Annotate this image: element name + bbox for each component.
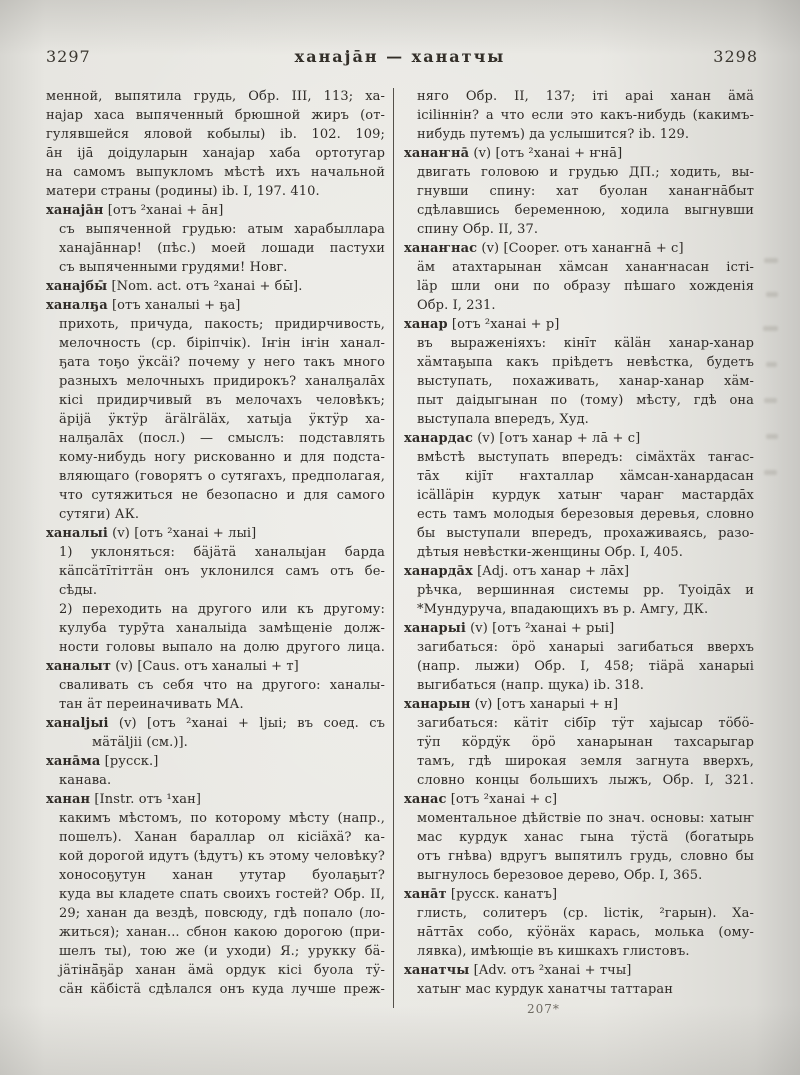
bleedthrough-mark bbox=[764, 470, 777, 475]
entry-headword-line: ханаjа̄н [отъ ²ханаi + а̄н] bbox=[46, 201, 385, 220]
text-line: менной, выпятила грудь, Обр. III, 113; х… bbox=[46, 87, 385, 106]
headword: ханар bbox=[404, 317, 448, 332]
text-line: куда вы кладете спать своихъ гостей? Обр… bbox=[46, 885, 385, 904]
entry-headword-line: ханарын (v) [отъ ханарыi + н] bbox=[404, 695, 754, 714]
entry-headword-line: ханар [отъ ²ханаi + р] bbox=[404, 315, 754, 334]
bleedthrough-mark bbox=[763, 326, 778, 331]
text-line: сѣды. bbox=[46, 581, 385, 600]
entry-headword-line: ханаҥнас (v) [Cooper. отъ ханаҥна̄ + с] bbox=[404, 239, 754, 258]
text-line: сутяги) АК. bbox=[46, 505, 385, 524]
text-line: ҕата тоҕо ӱксӓi? почему у него такъ мног… bbox=[46, 353, 385, 372]
text-line: (напр. лыжи) Обр. I, 458; тіӓрӓ ханарыi bbox=[404, 657, 754, 676]
text-line: моментальное дѣйствіе по знач. основы: х… bbox=[404, 809, 754, 828]
entry-headword-line: ханан [Instr. отъ ¹хан] bbox=[46, 790, 385, 809]
text-line: сдѣлавшись беременною, ходила выгнувши bbox=[404, 201, 754, 220]
headword: ханан bbox=[46, 792, 90, 807]
text-line: гулявшейся яловой кобылы) ib. 102. 109; bbox=[46, 125, 385, 144]
text-line: ӓріjӓ ӱктӱр ӓгӓlгӓlӓх, хатыjа ӱктӱр ха- bbox=[46, 410, 385, 429]
headword: ханардас bbox=[404, 431, 473, 446]
text-line: загибаться: кӓтіт сібі̄р тӱт хаjысар тӧб… bbox=[404, 714, 754, 733]
text-line: мас курдук ханас гына тӱстӓ (богатырь bbox=[404, 828, 754, 847]
scanned-dictionary-page: { "header": { "left_page_number": "3297"… bbox=[0, 0, 800, 1075]
text-line: сӓн кӓбістӓ сдѣлался онъ куда лучше преж… bbox=[46, 980, 385, 999]
text-line: вляющаго (говорятъ о сутягахъ, предполаг… bbox=[46, 467, 385, 486]
entry-headword-line: хана̄ма [русск.] bbox=[46, 752, 385, 771]
text-line: кой дорогой идутъ (ѣдутъ) къ этому челов… bbox=[46, 847, 385, 866]
entry-headword-line: ханаҥна̄ (v) [отъ ²ханаi + ҥна̄] bbox=[404, 144, 754, 163]
text-line: двигать головою и грудью ДП.; ходить, вы… bbox=[404, 163, 754, 182]
text-line: ӓм атахтарынан хӓмсан ханаҥнасан істі- bbox=[404, 258, 754, 277]
text-line: хатыҥ мас курдук ханатчы таттаран bbox=[404, 980, 754, 999]
text-line: съ выпяченной грудью: атым харабыллара bbox=[46, 220, 385, 239]
headword: ханаҥнас bbox=[404, 241, 477, 256]
headword: ханаjбы̄ bbox=[46, 279, 107, 294]
text-line: ісіlіннін? а что если это какъ-нибудь (к… bbox=[404, 106, 754, 125]
text-line: хӓмтаҕыпа какъ пріѣдетъ невѣстка, будетъ bbox=[404, 353, 754, 372]
right-column: няго Обр. II, 137; iтi apai ханан ӓмӓісі… bbox=[404, 87, 754, 999]
text-line: словно концы большихъ лыжъ, Обр. I, 321. bbox=[404, 771, 754, 790]
text-line: матери страны (родины) ib. I, 197. 410. bbox=[46, 182, 385, 201]
text-line: наjар хаса выпяченный брюшной жиръ (от- bbox=[46, 106, 385, 125]
headword: ханарын bbox=[404, 697, 470, 712]
text-line: глисть, солитеръ (ср. lістік, ²гарын). Х… bbox=[404, 904, 754, 923]
text-line: ности головы выпало на долю другого лица… bbox=[46, 638, 385, 657]
headword: ханалыт bbox=[46, 659, 111, 674]
text-line: 29; ханан да вездѣ, повсюду, гдѣ попало … bbox=[46, 904, 385, 923]
text-line: шелъ ты), тою же (и уходи) Я.; урукку бӓ… bbox=[46, 942, 385, 961]
bleedthrough-mark bbox=[766, 362, 777, 367]
text-line: ханаjа̄ннар! (пѣс.) моей лошади пастухи bbox=[46, 239, 385, 258]
text-line: отъ гнѣва) вдругъ выпятилъ грудь, словно… bbox=[404, 847, 754, 866]
text-line: прихоть, причуда, пакость; придирчивость… bbox=[46, 315, 385, 334]
text-line: дѣтыя невѣстки-женщины Обр. I, 405. bbox=[404, 543, 754, 562]
entry-headword-line: ханарда̄х [Adj. отъ ханар + ла̄х] bbox=[404, 562, 754, 581]
text-line: выгибаться (напр. щука) ib. 318. bbox=[404, 676, 754, 695]
text-line: та̄х кіjі̄т ҥахталлар хӓмсан-ханардасан bbox=[404, 467, 754, 486]
text-line: кулуба турӯта ханалыiда замѣщеніе долж- bbox=[46, 619, 385, 638]
text-line: выгнулось березовое дерево, Обр. I, 365. bbox=[404, 866, 754, 885]
text-line: канава. bbox=[46, 771, 385, 790]
text-line: пошелъ). Ханан бараллар ол кісіӓхӓ? ка- bbox=[46, 828, 385, 847]
text-line: вмѣстѣ выступать впередъ: сімӓхтӓх таҥас… bbox=[404, 448, 754, 467]
entry-headword-line: ханатчы [Adv. отъ ²ханаi + тчы] bbox=[404, 961, 754, 980]
column-divider bbox=[393, 88, 394, 1008]
headword: ханаjа̄н bbox=[46, 203, 103, 218]
running-head: ханаjа̄н — ханатчы bbox=[0, 47, 800, 66]
headword: ханас bbox=[404, 792, 447, 807]
footer-signature: 207* bbox=[527, 1002, 560, 1016]
headword: ханаҥна̄ bbox=[404, 146, 469, 161]
bleedthrough-mark bbox=[766, 434, 778, 439]
headword: ханаljыi bbox=[46, 716, 109, 731]
entry-headword-line: хана̄т [русск. канатъ] bbox=[404, 885, 754, 904]
text-line: какимъ мѣстомъ, по которому мѣсту (напр.… bbox=[46, 809, 385, 828]
text-line: 1) уклоняться: бӓjӓтӓ ханалыjан барда bbox=[46, 543, 385, 562]
bleedthrough-mark bbox=[766, 292, 778, 297]
text-line: выступала впередъ, Худ. bbox=[404, 410, 754, 429]
text-line: на самомъ выпукломъ мѣстѣ ихъ начальной bbox=[46, 163, 385, 182]
text-line: налҕала̄х (посл.) — смыслъ: подставлять bbox=[46, 429, 385, 448]
entry-headword-line: ханардас (v) [отъ ханар + ла̄ + с] bbox=[404, 429, 754, 448]
text-line: кӓпсӓті̄тіттӓн онъ уклонился самъ отъ бе… bbox=[46, 562, 385, 581]
entry-headword-line: ханаljыi (v) [отъ ²ханаi + ljыi; въ соед… bbox=[46, 714, 385, 733]
headword: ханатчы bbox=[404, 963, 469, 978]
entry-headword-line: ханарыi (v) [отъ ²ханаi + рыi] bbox=[404, 619, 754, 638]
text-line: кісі придирчивый въ мелочахъ человѣкъ; bbox=[46, 391, 385, 410]
bleedthrough-mark bbox=[764, 398, 777, 403]
entry-headword-line: ханалҕа [отъ ханалыi + ҕа] bbox=[46, 296, 385, 315]
text-line: выступать, похаживать, ханар-ханар хӓм- bbox=[404, 372, 754, 391]
text-line: lӓр шли они по образу пѣшаго хожденія bbox=[404, 277, 754, 296]
text-line: 2) переходить на другого или къ другому: bbox=[46, 600, 385, 619]
text-line: кому-нибудь ногу рискованно и для подста… bbox=[46, 448, 385, 467]
text-line: мелочность (ср. біріпчік). Іҥін іҥін хан… bbox=[46, 334, 385, 353]
text-line: на̄тта̄х собо, кӱӧнӓх карась, молька (ом… bbox=[404, 923, 754, 942]
headword: хана̄ма bbox=[46, 754, 100, 769]
text-line: тамъ, гдѣ широкая земля загнута вверхъ, bbox=[404, 752, 754, 771]
headword: ханарыi bbox=[404, 621, 466, 636]
text-line: рѣчка, вершинная системы рр. Туоіда̄х и bbox=[404, 581, 754, 600]
entry-headword-line: ханалыi (v) [отъ ²ханаi + лыi] bbox=[46, 524, 385, 543]
entry-headword-line: ханас [отъ ²ханаi + с] bbox=[404, 790, 754, 809]
headword: ханалҕа bbox=[46, 298, 108, 313]
left-column: менной, выпятила грудь, Обр. III, 113; х… bbox=[46, 87, 385, 999]
text-line: лявка), имѣющіе въ кишкахъ глистовъ. bbox=[404, 942, 754, 961]
text-line: бы выступали впередъ, прохаживаясь, разо… bbox=[404, 524, 754, 543]
text-line: пыт даідыгынан по (тому) мѣсту, гдѣ она bbox=[404, 391, 754, 410]
text-line: нибудь путемъ) да услышится? ib. 129. bbox=[404, 125, 754, 144]
text-line: мӓтӓljii (см.)]. bbox=[46, 733, 385, 752]
text-line: гнувши спину: хат буолан ханаҥна̄быт bbox=[404, 182, 754, 201]
text-line: Обр. I, 231. bbox=[404, 296, 754, 315]
page-number-right: 3298 bbox=[698, 47, 758, 66]
text-line: есть тамъ молодыя березовыя деревья, сло… bbox=[404, 505, 754, 524]
text-line: jӓтінӓ̄ҕӓр ханан ӓмӓ ордук кісі буола тӱ… bbox=[46, 961, 385, 980]
text-line: что сутяжиться не безопасно и для самого bbox=[46, 486, 385, 505]
text-line: тан ӓт переиначивать МА. bbox=[46, 695, 385, 714]
text-line: спину Обр. II, 37. bbox=[404, 220, 754, 239]
text-line: сваливать съ себя что на другого: ханалы… bbox=[46, 676, 385, 695]
headword: ханалыi bbox=[46, 526, 108, 541]
text-line: хоносоҕутун ханан утутар буолаҕыт? bbox=[46, 866, 385, 885]
headword: хана̄т bbox=[404, 887, 447, 902]
headword: ханарда̄х bbox=[404, 564, 473, 579]
text-line: въ выраженіяхъ: кіні̄т кӓlӓн ханар-ханар bbox=[404, 334, 754, 353]
entry-headword-line: ханаjбы̄ [Nom. act. отъ ²ханаi + бы̄]. bbox=[46, 277, 385, 296]
text-line: а̄н іjа̄ доідуларын ханаjар хаба ортотуг… bbox=[46, 144, 385, 163]
text-line: съ выпяченными грудями! Новг. bbox=[46, 258, 385, 277]
entry-headword-line: ханалыт (v) [Caus. отъ ханалыi + т] bbox=[46, 657, 385, 676]
text-line: *Мундуруча, впадающихъ въ р. Амгу, ДК. bbox=[404, 600, 754, 619]
text-line: загибаться: ӧрӧ ханарыi загибаться вверх… bbox=[404, 638, 754, 657]
text-line: ісӓllӓрін курдук хатыҥ чараҥ мастарда̄х bbox=[404, 486, 754, 505]
text-line: разныхъ мелочныхъ придирокъ? ханалҕала̄х bbox=[46, 372, 385, 391]
text-line: тӱп кӧрдӱк ӧрӧ ханарынан тахсарыгар bbox=[404, 733, 754, 752]
text-line: житься); ханан... сбнон какою дорогою (п… bbox=[46, 923, 385, 942]
text-line: няго Обр. II, 137; iтi apai ханан ӓмӓ bbox=[404, 87, 754, 106]
bleedthrough-mark bbox=[764, 258, 778, 263]
